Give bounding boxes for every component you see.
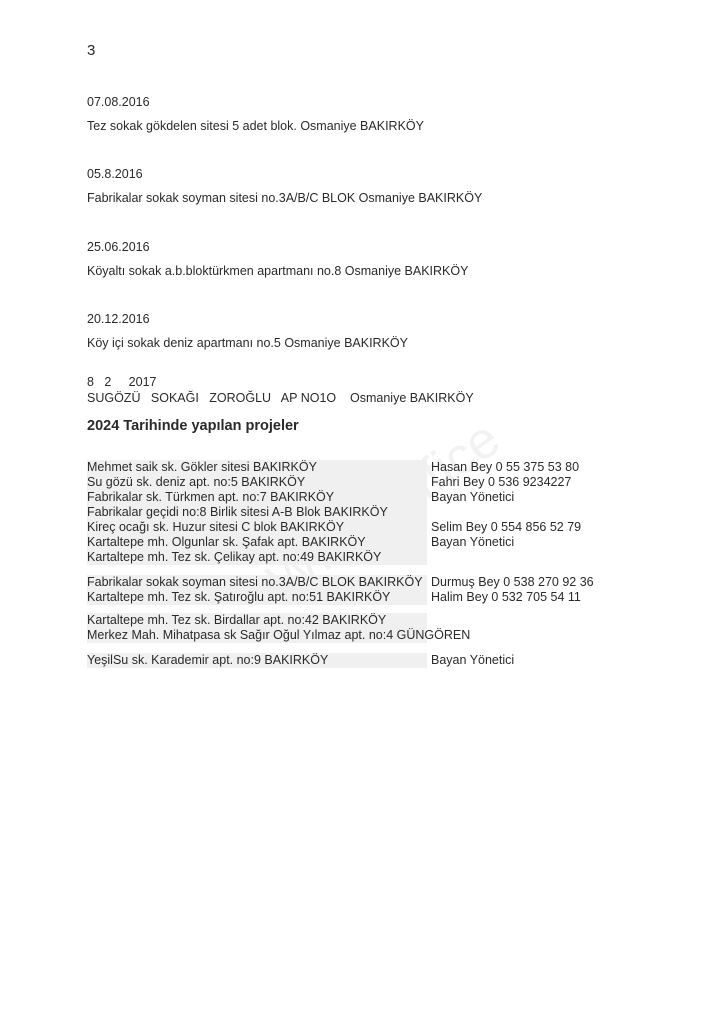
project-address: Fabrikalar sk. Türkmen apt. no:7 BAKIRKÖ… xyxy=(87,490,334,505)
project-address: YeşilSu sk. Karademir apt. no:9 BAKIRKÖY xyxy=(87,653,328,668)
table-row: Fabrikalar geçidi no:8 Birlik sitesi A-B… xyxy=(87,505,647,520)
table-row: Fabrikalar sk. Türkmen apt. no:7 BAKIRKÖ… xyxy=(87,490,647,505)
entry-address: Tez sokak gökdelen sitesi 5 adet blok. O… xyxy=(87,118,424,134)
project-address: Kartaltepe mh. Olgunlar sk. Şafak apt. B… xyxy=(87,535,366,550)
project-address: Fabrikalar geçidi no:8 Birlik sitesi A-B… xyxy=(87,505,388,519)
project-address: Fabrikalar sokak soyman sitesi no.3A/B/C… xyxy=(87,575,423,590)
project-contact: Fahri Bey 0 536 9234227 xyxy=(431,475,571,490)
table-row: Merkez Mah. Mihatpasa sk Sağır Oğul Yılm… xyxy=(87,628,647,643)
projects-heading: 2024 Tarihinde yapılan projeler xyxy=(87,418,299,434)
project-address: Kireç ocağı sk. Huzur sitesi C blok BAKI… xyxy=(87,520,344,535)
project-entry: 8 2 2017 SUGÖZÜ SOKAĞI ZOROĞLU AP NO1O O… xyxy=(87,374,474,406)
table-row: Mehmet saik sk. Gökler sitesi BAKIRKÖYHa… xyxy=(87,460,647,475)
project-entry: 05.8.2016 Fabrikalar sokak soyman sitesi… xyxy=(87,166,482,206)
project-contact: Durmuş Bey 0 538 270 92 36 xyxy=(431,575,594,590)
project-entry: 25.06.2016 Köyaltı sokak a.b.bloktürkmen… xyxy=(87,239,468,279)
project-address: Kartaltepe mh. Tez sk. Birdallar apt. no… xyxy=(87,613,386,627)
project-contact: Halim Bey 0 532 705 54 11 xyxy=(431,590,581,605)
entry-date: 05.8.2016 xyxy=(87,166,482,182)
project-address: Mehmet saik sk. Gökler sitesi BAKIRKÖY xyxy=(87,460,317,475)
project-contact: Bayan Yönetici xyxy=(431,535,514,550)
entry-address: Köy içi sokak deniz apartmanı no.5 Osman… xyxy=(87,335,408,351)
table-row: Su gözü sk. deniz apt. no:5 BAKIRKÖYFahr… xyxy=(87,475,647,490)
table-row: Kireç ocağı sk. Huzur sitesi C blok BAKI… xyxy=(87,520,647,535)
project-contact: Bayan Yönetici xyxy=(431,490,514,505)
project-table: Kartaltepe mh. Tez sk. Birdallar apt. no… xyxy=(87,613,647,643)
project-table: YeşilSu sk. Karademir apt. no:9 BAKIRKÖY… xyxy=(87,653,647,668)
table-row: Kartaltepe mh. Olgunlar sk. Şafak apt. B… xyxy=(87,535,647,550)
table-row: YeşilSu sk. Karademir apt. no:9 BAKIRKÖY… xyxy=(87,653,647,668)
project-table: Fabrikalar sokak soyman sitesi no.3A/B/C… xyxy=(87,575,647,605)
table-row: Kartaltepe mh. Tez sk. Çelikay apt. no:4… xyxy=(87,550,647,565)
project-table: Mehmet saik sk. Gökler sitesi BAKIRKÖYHa… xyxy=(87,460,647,565)
table-row: Kartaltepe mh. Tez sk. Şatıroğlu apt. no… xyxy=(87,590,647,605)
table-row: Fabrikalar sokak soyman sitesi no.3A/B/C… xyxy=(87,575,647,590)
project-entry: 20.12.2016 Köy içi sokak deniz apartmanı… xyxy=(87,311,408,351)
entry-date: 07.08.2016 xyxy=(87,94,424,110)
project-contact: Selim Bey 0 554 856 52 79 xyxy=(431,520,581,535)
entry-date: 20.12.2016 xyxy=(87,311,408,327)
project-contact: Bayan Yönetici xyxy=(431,653,514,668)
entry-date: 25.06.2016 xyxy=(87,239,468,255)
entry-address: Köyaltı sokak a.b.bloktürkmen apartmanı … xyxy=(87,263,468,279)
project-address: Kartaltepe mh. Tez sk. Şatıroğlu apt. no… xyxy=(87,590,390,605)
entry-address: Fabrikalar sokak soyman sitesi no.3A/B/C… xyxy=(87,190,482,206)
project-contact: Hasan Bey 0 55 375 53 80 xyxy=(431,460,579,475)
project-address: Kartaltepe mh. Tez sk. Çelikay apt. no:4… xyxy=(87,550,381,564)
page-number: 3 xyxy=(87,42,95,59)
entry-address: SUGÖZÜ SOKAĞI ZOROĞLU AP NO1O Osmaniye B… xyxy=(87,390,474,406)
project-address: Su gözü sk. deniz apt. no:5 BAKIRKÖY xyxy=(87,475,305,490)
entry-date: 8 2 2017 xyxy=(87,374,474,390)
table-row: Kartaltepe mh. Tez sk. Birdallar apt. no… xyxy=(87,613,647,628)
project-entry: 07.08.2016 Tez sokak gökdelen sitesi 5 a… xyxy=(87,94,424,134)
project-address: Merkez Mah. Mihatpasa sk Sağır Oğul Yılm… xyxy=(87,628,470,642)
